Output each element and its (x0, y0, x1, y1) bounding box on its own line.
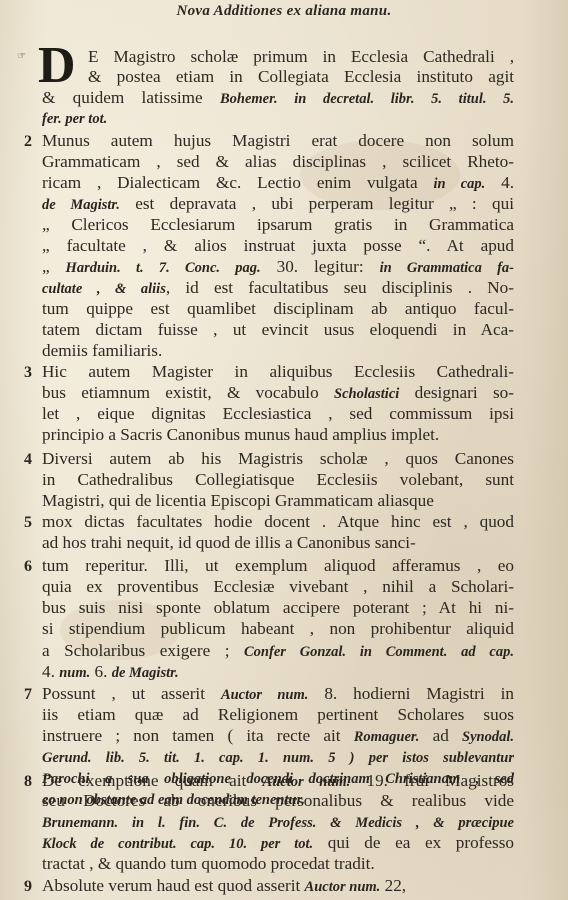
citation-text: Romaguer. (354, 729, 420, 745)
text-line: Hic autem Magister in aliquibus Ecclesii… (42, 362, 514, 382)
body-text: 8. hodierni Magistri in (308, 684, 514, 703)
body-text: in Cathedralibus Collegiatisque Ecclesii… (42, 470, 514, 489)
citation-text: Auctor num. (305, 879, 381, 895)
citation-text: in cap. (433, 176, 485, 192)
text-line: principio a Sacris Canonibus munus haud … (42, 425, 514, 445)
body-text: Diversi autem ab his Magistris scholæ , … (42, 449, 514, 468)
body-text: & postea etiam in Collegiata Ecclesia in… (88, 67, 514, 86)
text-line: De exemptione quam ait Auctor num. 19. f… (42, 771, 514, 792)
body-text: 6. (90, 662, 111, 681)
body-text: est depravata , ubi perperam legitur „ :… (120, 194, 514, 213)
citation-text: Scholastici (334, 386, 399, 402)
body-text: 22, (380, 876, 406, 895)
text-line: 4. num. 6. de Magistr. (42, 662, 514, 683)
body-text: si stipendium publicum habeant , non pro… (42, 619, 514, 638)
body-text: quia ex proventibus Ecclesiæ vivebant , … (42, 577, 514, 596)
body-text: „ facultate , & alios instruat juxta pos… (42, 236, 514, 255)
body-text: & quidem latissime (42, 88, 220, 107)
citation-text: de Magistr. (42, 197, 120, 213)
body-text: a Scholaribus exigere ; (42, 641, 244, 660)
text-line: bus etiamnum existit, & vocabulo Scholas… (42, 383, 514, 404)
text-line: Klock de contribut. cap. 10. per tot. qu… (42, 833, 514, 854)
text-line: in Cathedralibus Collegiatisque Ecclesii… (42, 470, 514, 490)
body-text: principio a Sacris Canonibus munus haud … (42, 425, 439, 444)
text-line: tractat , & quando tum quomodo procedat … (42, 854, 514, 874)
body-text: bus suis nisi sponte oblatum accipere po… (42, 598, 514, 617)
text-line: Absolute verum haud est quod asserit Auc… (42, 876, 514, 897)
text-line: Possunt , ut asserit Auctor num. 8. hodi… (42, 684, 514, 705)
body-text: demiis familiaris. (42, 341, 162, 360)
text-line: E Magistro scholæ primum in Ecclesia Cat… (88, 47, 514, 67)
text-line: a Scholaribus exigere ; Confer Gonzal. i… (42, 641, 514, 662)
body-text: 30. legitur: (261, 257, 380, 276)
citation-text: Auctor num. (263, 774, 351, 790)
body-text: tum quippe est quamlibet disciplinam ab … (42, 299, 514, 318)
body-text: Hic autem Magister in aliquibus Ecclesii… (42, 362, 514, 381)
text-line: Brunemann. in l. fin. C. de Profess. & M… (42, 812, 514, 833)
body-text: „ (42, 257, 66, 276)
body-text: Absolute verum haud est quod asserit (42, 876, 305, 895)
body-text: ad (419, 726, 462, 745)
margin-paragraph-number: 7 (24, 686, 32, 704)
body-text: Magistri, qui de licentia Episcopi Gramm… (42, 491, 434, 510)
body-text: 4. (42, 662, 59, 681)
text-line: let , eique dignitas Ecclesiastica , sed… (42, 404, 514, 424)
text-line: Gerund. lib. 5. tit. 1. cap. 1. num. 5 )… (42, 747, 514, 768)
body-text: qui de ea ex professo (313, 833, 514, 852)
text-line: bus suis nisi sponte oblatum accipere po… (42, 598, 514, 618)
citation-text: num. (59, 665, 90, 681)
margin-paragraph-number: 9 (24, 878, 32, 896)
body-text: bus etiamnum existit, & vocabulo (42, 383, 334, 402)
citation-text: Auctor num. (221, 687, 308, 703)
body-text: iis etiam quæ ad Religionem pertinent Sc… (42, 705, 514, 724)
body-text: De exemptione quam ait (42, 771, 263, 790)
body-text: tum reperitur. Illi, ut exemplum aliquod… (42, 556, 514, 575)
citation-text: Bohemer. in decretal. libr. 5. titul. 5. (220, 91, 514, 107)
body-text: Munus autem hujus Magistri erat docere n… (42, 131, 514, 150)
body-text: Possunt , ut asserit (42, 684, 221, 703)
text-line: mox dictas facultates hodie docent . Atq… (42, 512, 514, 532)
text-line: iis etiam quæ ad Religionem pertinent Sc… (42, 705, 514, 725)
citation-text: Confer Gonzal. in Comment. ad cap. (244, 644, 514, 660)
text-line: fer. per tot. (42, 108, 514, 129)
text-line: „ Harduin. t. 7. Conc. pag. 30. legitur:… (42, 257, 514, 278)
text-line: tum reperitur. Illi, ut exemplum aliquod… (42, 556, 514, 576)
pointing-hand-icon: ☞ (17, 51, 26, 62)
margin-paragraph-number: 5 (24, 514, 32, 532)
text-line: „ facultate , & alios instruat juxta pos… (42, 236, 514, 256)
text-line: Magistri, qui de licentia Episcopi Gramm… (42, 491, 514, 511)
citation-text: de Magistr. (112, 665, 179, 681)
citation-text: Harduin. t. 7. Conc. pag. (66, 260, 261, 276)
text-line: Munus autem hujus Magistri erat docere n… (42, 131, 514, 151)
text-line: & postea etiam in Collegiata Ecclesia in… (88, 67, 514, 87)
text-line: quia ex proventibus Ecclesiæ vivebant , … (42, 577, 514, 597)
citation-text: Synodal. (462, 729, 514, 745)
body-text: instruere ; non tamen ( ita recte ait (42, 726, 354, 745)
body-text: tractat , & quando tum quomodo procedat … (42, 854, 375, 873)
text-line: ad hos trahi nequit, id quod de illis a … (42, 533, 514, 553)
running-header: Nova Additiones ex aliana manu. (0, 3, 568, 20)
text-line: Grammaticam , sed & alias disciplinas , … (42, 152, 514, 172)
body-text: designari so- (399, 383, 514, 402)
citation-text: fer. per tot. (42, 111, 107, 127)
body-text: seu Doctores ab oneribus personalibus & … (42, 791, 514, 810)
body-text: Grammaticam , sed & alias disciplinas , … (42, 152, 514, 171)
body-text: mox dictas facultates hodie docent . Atq… (42, 512, 514, 531)
citation-text: in Grammatica fa- (380, 260, 514, 276)
citation-text: Gerund. lib. 5. tit. 1. cap. 1. num. 5 )… (42, 750, 514, 766)
body-text: tatem dictam fuisse , ut evincit usus el… (42, 320, 514, 339)
body-text: E Magistro scholæ primum in Ecclesia Cat… (88, 47, 514, 66)
citation-text: Klock de contribut. cap. 10. per tot. (42, 836, 313, 852)
margin-paragraph-number: 6 (24, 558, 32, 576)
text-line: demiis familiaris. (42, 341, 514, 361)
text-line: instruere ; non tamen ( ita recte ait Ro… (42, 726, 514, 747)
text-line: ricam , Dialecticam &c. Lectio enim vulg… (42, 173, 514, 194)
text-line: Diversi autem ab his Magistris scholæ , … (42, 449, 514, 469)
margin-paragraph-number: 2 (24, 133, 32, 151)
citation-text: cultate , & aliis (42, 281, 166, 297)
text-line: tum quippe est quamlibet disciplinam ab … (42, 299, 514, 319)
body-text: 4. (485, 173, 514, 192)
text-line: cultate , & aliis, id est facultatibus s… (42, 278, 514, 299)
body-text: 19. frui Magistros (350, 771, 514, 790)
text-line: & quidem latissime Bohemer. in decretal.… (42, 88, 514, 109)
body-text: ad hos trahi nequit, id quod de illis a … (42, 533, 416, 552)
margin-paragraph-number: 3 (24, 364, 32, 382)
margin-paragraph-number: 8 (24, 773, 32, 791)
body-text: ricam , Dialecticam &c. Lectio enim vulg… (42, 173, 433, 192)
text-line: tatem dictam fuisse , ut evincit usus el… (42, 320, 514, 340)
book-page: Nova Additiones ex aliana manu. ☞ D E Ma… (0, 0, 568, 900)
citation-text: Brunemann. in l. fin. C. de Profess. & M… (42, 815, 514, 831)
text-line: seu Doctores ab oneribus personalibus & … (42, 791, 514, 811)
text-line: si stipendium publicum habeant , non pro… (42, 619, 514, 639)
body-text: , id est facultatibus seu disciplinis . … (166, 278, 514, 297)
text-line: de Magistr. est depravata , ubi perperam… (42, 194, 514, 215)
text-line: „ Clericos Ecclesiarum ipsarum gratis in… (42, 215, 514, 235)
body-text: „ Clericos Ecclesiarum ipsarum gratis in… (42, 215, 514, 234)
drop-cap: D (38, 44, 76, 88)
body-text: let , eique dignitas Ecclesiastica , sed… (42, 404, 514, 423)
margin-paragraph-number: 4 (24, 451, 32, 469)
